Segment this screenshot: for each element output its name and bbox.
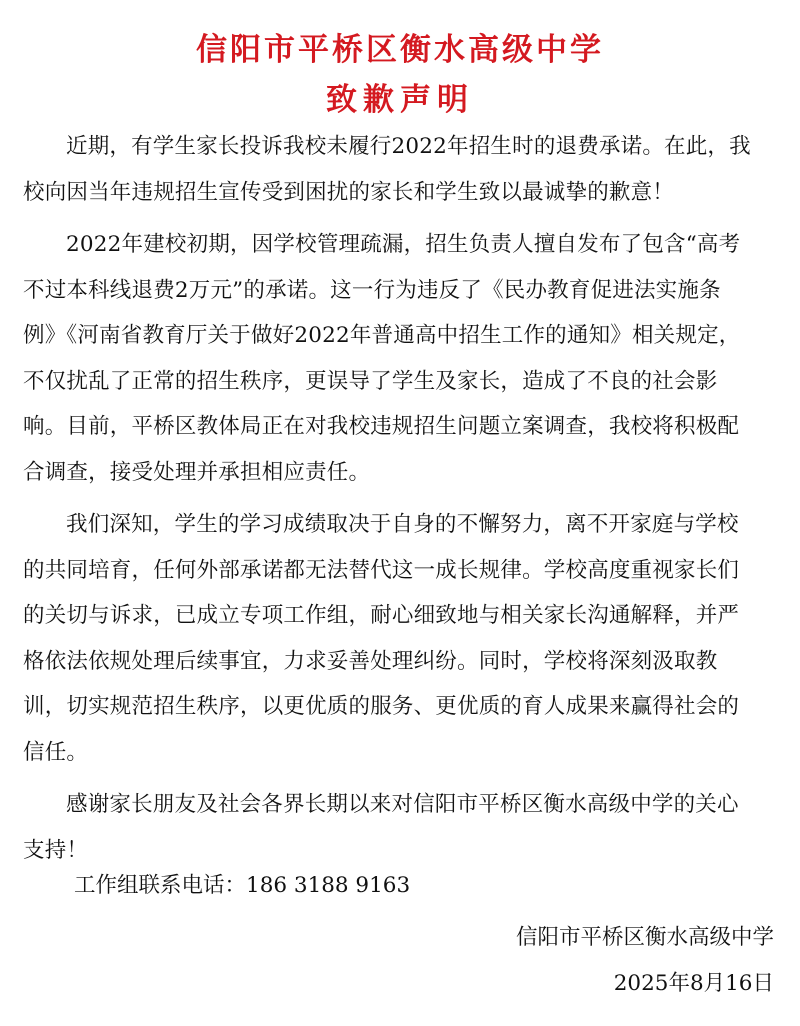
text-line: 响。目前，平桥区教体局正在对我校违规招生问题立案调查，我校将积极配 — [23, 404, 783, 450]
text-line: 例》《河南省教育厅关于做好2022年普通高中招生工作的通知》相关规定， — [23, 313, 783, 359]
contact-label: 工作组联系电话： — [74, 873, 246, 898]
paragraph-commitment: 我们深知，学生的学习成绩取决于自身的不懈努力，离不开家庭与学校 的共同培育，任何… — [23, 502, 783, 775]
text-line: 训，切实规范招生秩序，以更优质的服务、更优质的育人成果来赢得社会的 — [23, 684, 783, 730]
document-title: 信阳市平桥区衡水高级中学 — [0, 24, 800, 69]
signature-date: 2025年8月16日 — [614, 966, 774, 997]
text-line: 的关切与诉求，已成立专项工作组，耐心细致地与相关家长沟通解释，并严 — [23, 593, 783, 639]
text-line: 的共同培育，任何外部承诺都无法替代这一成长规律。学校高度重视家长们 — [23, 548, 783, 594]
text-line: 我们深知，学生的学习成绩取决于自身的不懈努力，离不开家庭与学校 — [23, 502, 783, 548]
paragraph-apology: 近期，有学生家长投诉我校未履行2022年招生时的退费承诺。在此，我 校向因当年违… — [23, 124, 783, 215]
text-line: 格依法依规处理后续事宜，力求妥善处理纠纷。同时，学校将深刻汲取教 — [23, 639, 783, 685]
text-line: 支持！ — [23, 828, 783, 874]
paragraph-thanks: 感谢家长朋友及社会各界长期以来对信阳市平桥区衡水高级中学的关心 支持！ — [23, 782, 783, 873]
document-subtitle: 致歉声明 — [0, 74, 800, 119]
text-line: 不过本科线退费2万元”的承诺。这一行为违反了《民办教育促进法实施条 — [23, 268, 783, 314]
paragraph-background: 2022年建校初期，因学校管理疏漏，招生负责人擅自发布了包含“高考 不过本科线退… — [23, 222, 783, 495]
contact-line: 工作组联系电话：186 3188 9163 — [74, 868, 410, 899]
text-line: 不仅扰乱了正常的招生秩序，更误导了学生及家长，造成了不良的社会影 — [23, 359, 783, 405]
text-line: 校向因当年违规招生宣传受到困扰的家长和学生致以最诚挚的歉意！ — [23, 170, 783, 216]
text-line: 感谢家长朋友及社会各界长期以来对信阳市平桥区衡水高级中学的关心 — [23, 782, 783, 828]
contact-phone: 186 3188 9163 — [246, 873, 410, 898]
text-line: 2022年建校初期，因学校管理疏漏，招生负责人擅自发布了包含“高考 — [23, 222, 783, 268]
signature-organization: 信阳市平桥区衡水高级中学 — [516, 920, 774, 951]
text-line: 近期，有学生家长投诉我校未履行2022年招生时的退费承诺。在此，我 — [23, 124, 783, 170]
statement-body: 近期，有学生家长投诉我校未履行2022年招生时的退费承诺。在此，我 校向因当年违… — [23, 124, 783, 880]
text-line: 信任。 — [23, 730, 783, 776]
text-line: 合调查，接受处理并承担相应责任。 — [23, 450, 783, 496]
